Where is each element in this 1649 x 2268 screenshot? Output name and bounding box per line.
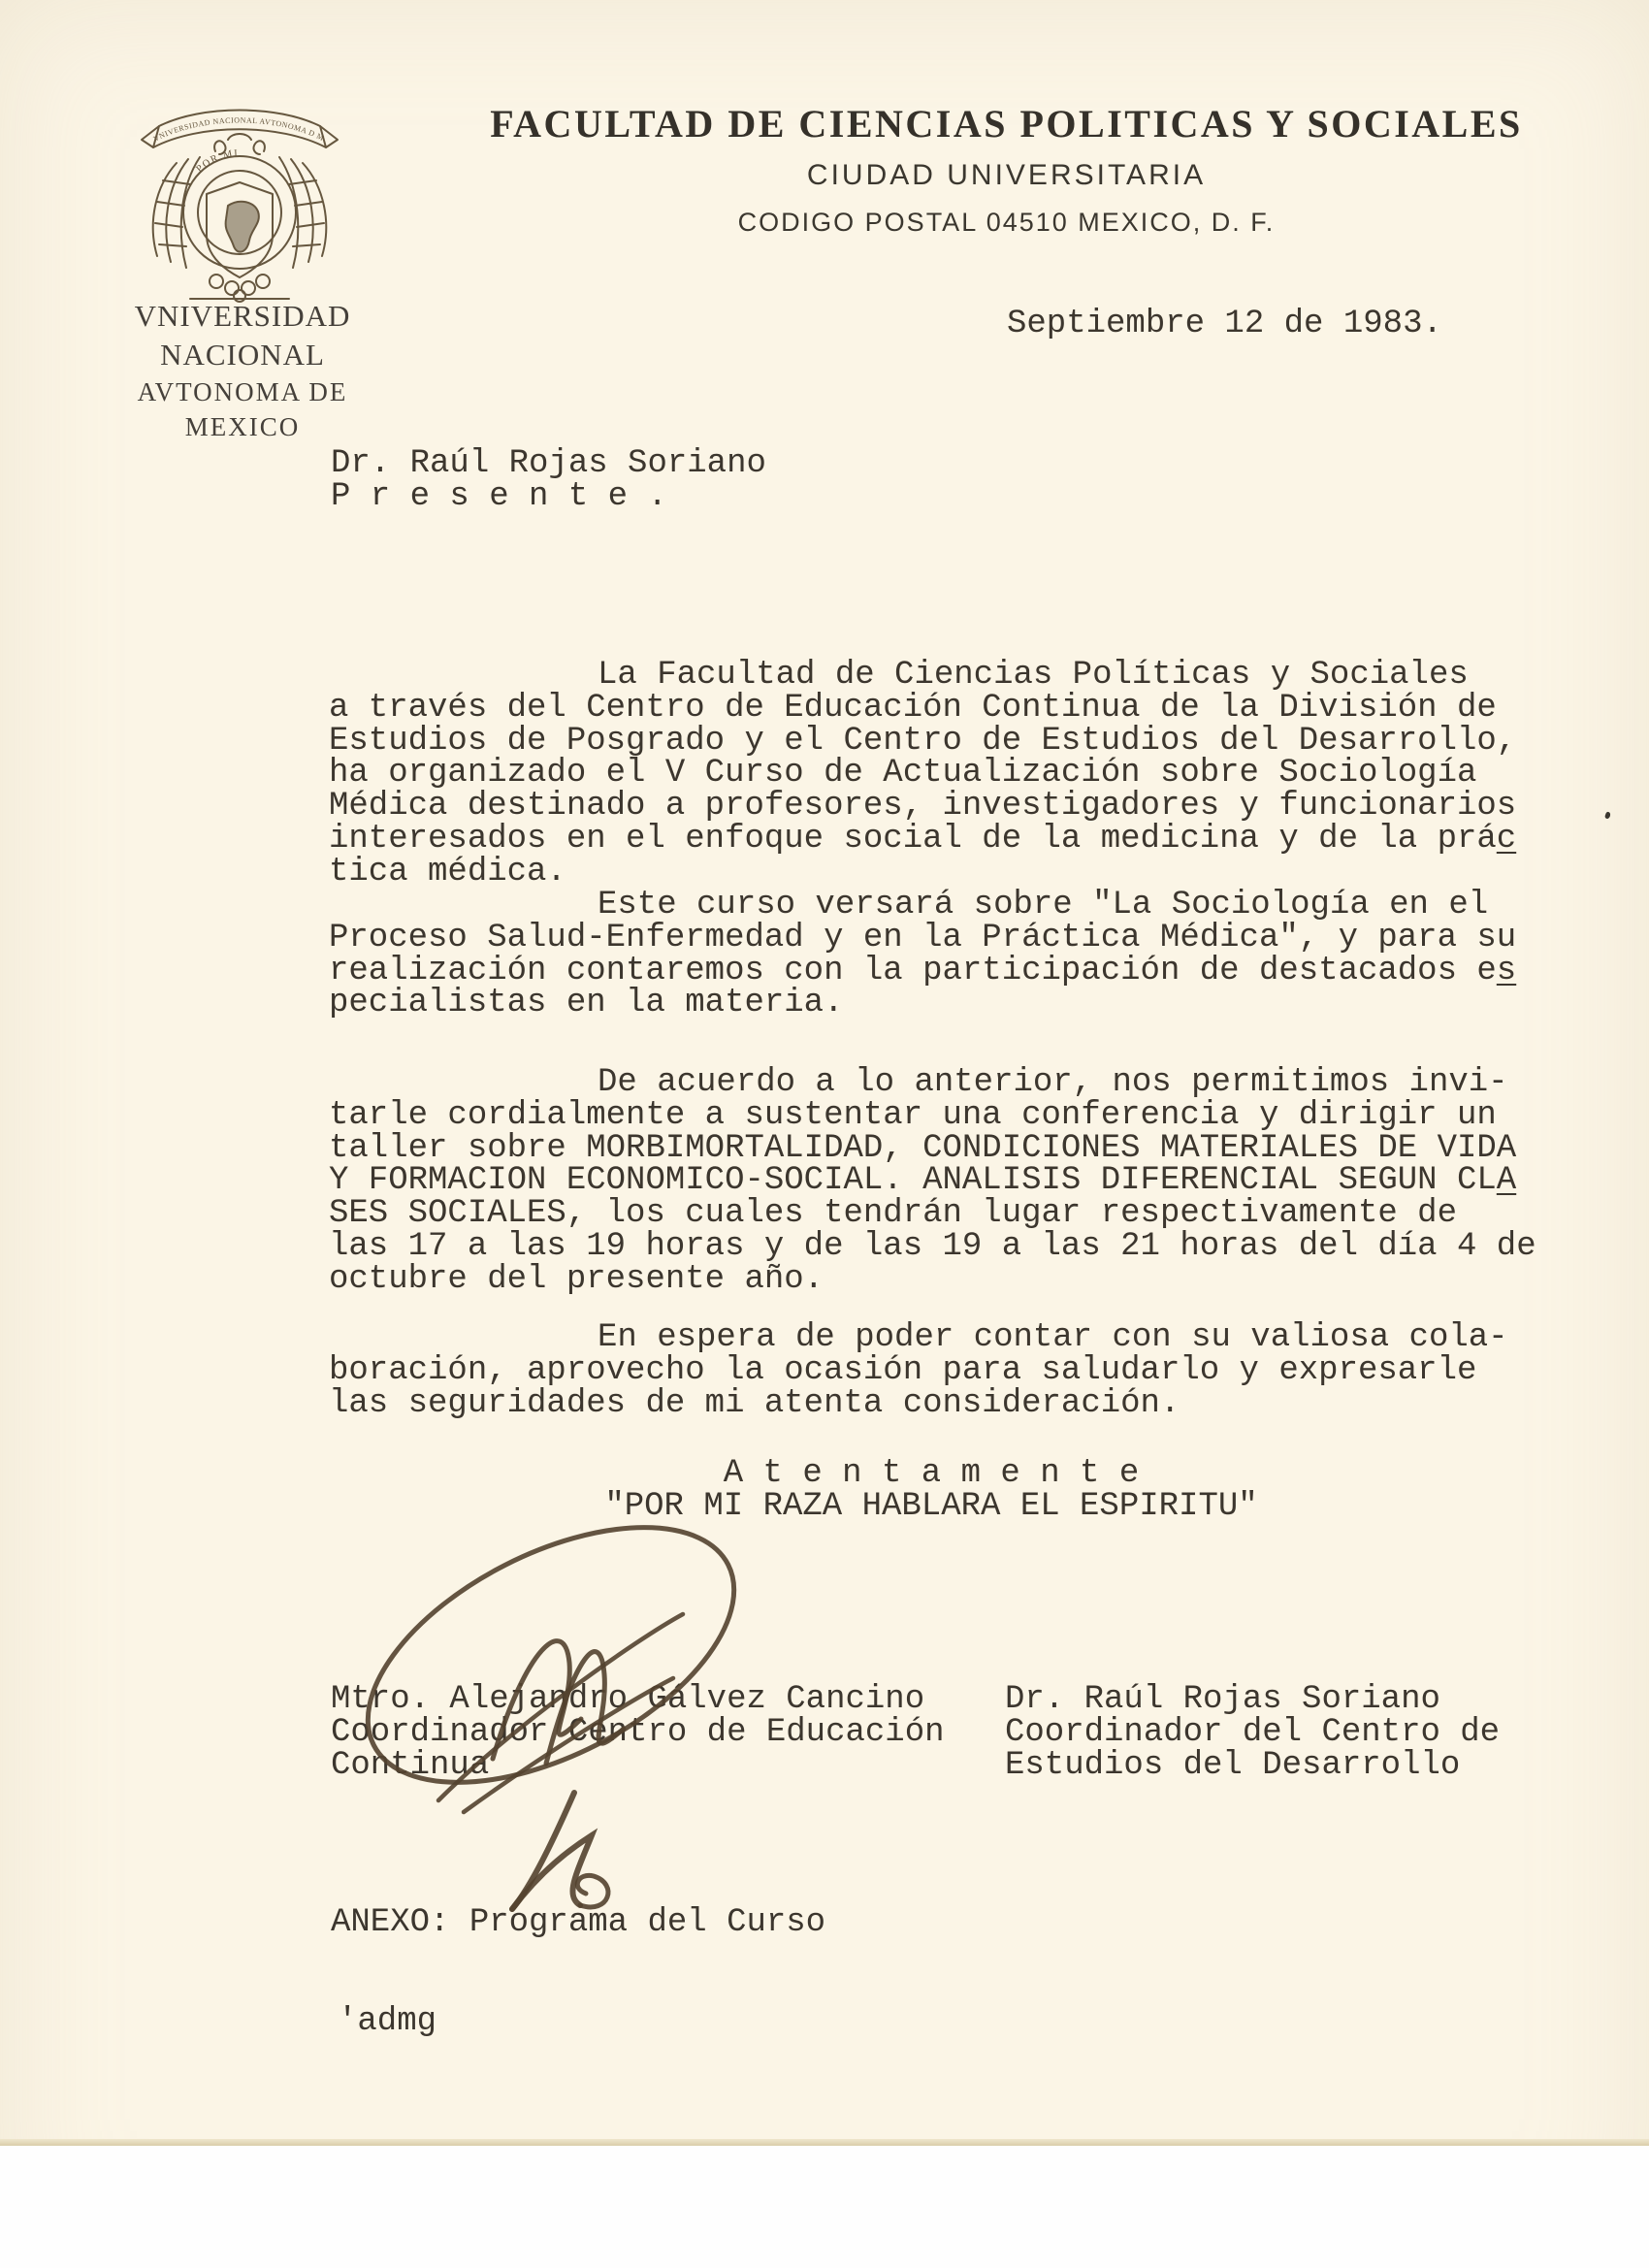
postal-line: CODIGO POSTAL 04510 MEXICO, D. F.	[364, 208, 1649, 237]
body-line: realización contaremos con la participac…	[329, 956, 1570, 988]
body-line: tica médica.	[329, 857, 1570, 890]
paragraph-3: De acuerdo a lo anterior, nos permitimos…	[329, 1067, 1570, 1297]
body-line: taller sobre MORBIMORTALIDAD, CONDICIONE…	[329, 1133, 1570, 1166]
body-line: ha organizado el V Curso de Actualizació…	[329, 758, 1570, 791]
body-line: boración, aprovecho la ocasión para salu…	[329, 1355, 1570, 1388]
paragraph-4: En espera de poder contar con su valiosa…	[329, 1322, 1570, 1420]
body-line: octubre del presente año.	[329, 1264, 1570, 1297]
paragraph-1: La Facultad de Ciencias Políticas y Soci…	[329, 660, 1570, 890]
typist-initials: 'admg	[338, 2006, 436, 2039]
signer-right-title2: Estudios del Desarrollo	[1005, 1750, 1500, 1783]
signature-ink	[345, 1502, 782, 1919]
date-line: Septiembre 12 de 1983.	[1007, 308, 1442, 341]
body-line: Este curso versará sobre "La Sociología …	[329, 890, 1570, 923]
recipient-presente: P r e s e n t e .	[331, 481, 766, 514]
body-line: En espera de poder contar con su valiosa…	[329, 1322, 1570, 1355]
body-line: Médica destinado a profesores, investiga…	[329, 791, 1570, 824]
campus-line: CIUDAD UNIVERSITARIA	[364, 159, 1649, 192]
paragraph-2: Este curso versará sobre "La Sociología …	[329, 890, 1570, 1021]
body-line: La Facultad de Ciencias Políticas y Soci…	[329, 660, 1570, 693]
body-line: pecialistas en la materia.	[329, 988, 1570, 1021]
scan-edge-band	[1638, 0, 1649, 2268]
university-name: VNIVERSIDAD NACIONAL AVTONOMA DE MEXICO	[78, 297, 407, 444]
body-line: Estudios de Posgrado y el Centro de Estu…	[329, 726, 1570, 759]
scan-speck	[1604, 811, 1611, 819]
body-line: las 17 a las 19 horas y de las 19 a las …	[329, 1231, 1570, 1264]
body-line: las seguridades de mi atenta consideraci…	[329, 1388, 1570, 1421]
university-name-line1: VNIVERSIDAD NACIONAL	[78, 297, 407, 374]
body-line: Y FORMACION ECONOMICO-SOCIAL. ANALISIS D…	[329, 1165, 1570, 1198]
faculty-title: FACULTAD DE CIENCIAS POLITICAS Y SOCIALE…	[364, 103, 1649, 146]
recipient-name: Dr. Raúl Rojas Soriano	[331, 448, 766, 481]
university-name-line2: AVTONOMA DE MEXICO	[78, 374, 407, 444]
scanned-letter-page: VNIVERSIDAD NACIONAL AVTONOMA D MEXICO P…	[0, 0, 1649, 2268]
body-line: interesados en el enfoque social de la m…	[329, 824, 1570, 857]
letterhead: FACULTAD DE CIENCIAS POLITICAS Y SOCIALE…	[364, 103, 1649, 237]
recipient-block: Dr. Raúl Rojas Soriano P r e s e n t e .	[331, 448, 766, 514]
body-line: SES SOCIALES, los cuales tendrán lugar r…	[329, 1198, 1570, 1231]
body-line: tarle cordialmente a sustentar una confe…	[329, 1100, 1570, 1133]
signer-right: Dr. Raúl Rojas Soriano Coordinador del C…	[1005, 1684, 1500, 1782]
body-line: De acuerdo a lo anterior, nos permitimos…	[329, 1067, 1570, 1100]
unam-crest-icon: VNIVERSIDAD NACIONAL AVTONOMA D MEXICO P…	[134, 91, 345, 307]
signer-right-name: Dr. Raúl Rojas Soriano	[1005, 1684, 1500, 1717]
body-line: Proceso Salud-Enfermedad y en la Práctic…	[329, 923, 1570, 956]
scan-bottom-edge	[0, 2146, 1649, 2268]
signer-right-title1: Coordinador del Centro de	[1005, 1717, 1500, 1750]
body-line: a través del Centro de Educación Continu…	[329, 693, 1570, 726]
closing-salutation: A t e n t a m e n t e	[330, 1458, 1533, 1491]
